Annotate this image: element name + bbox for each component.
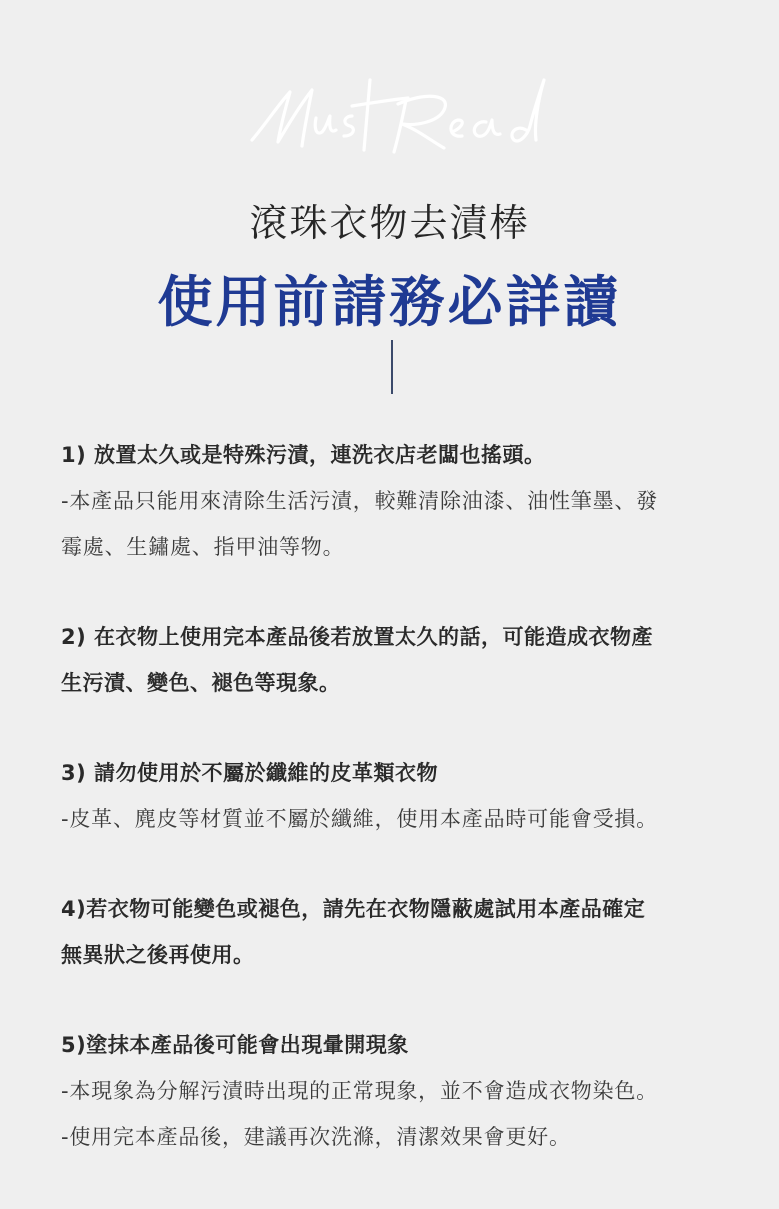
notice-heading: 3) 請勿使用於不屬於纖維的皮革類衣物 bbox=[61, 750, 741, 796]
page-title: 使用前請務必詳讀 bbox=[0, 258, 779, 337]
notice-line: -本產品只能用來清除生活污漬，較難清除油漆、油性筆墨、發 bbox=[61, 478, 741, 524]
notice-line: -使用完本產品後，建議再次洗滌，清潔效果會更好。 bbox=[61, 1114, 741, 1160]
divider-line bbox=[391, 340, 393, 394]
notice-line: -皮革、麂皮等材質並不屬於纖維，使用本產品時可能會受損。 bbox=[61, 796, 741, 842]
notice-heading: 4)若衣物可能變色或褪色，請先在衣物隱蔽處試用本產品確定 bbox=[61, 886, 741, 932]
notice-section-5: 5)塗抹本產品後可能會出現暈開現象 -本現象為分解污漬時出現的正常現象，並不會造… bbox=[61, 1022, 741, 1160]
notice-section-1: 1) 放置太久或是特殊污漬，連洗衣店老闆也搖頭。 -本產品只能用來清除生活污漬，… bbox=[61, 432, 741, 570]
notice-section-4: 4)若衣物可能變色或褪色，請先在衣物隱蔽處試用本產品確定 無異狀之後再使用。 bbox=[61, 886, 741, 978]
must-read-script-title: Must Read bbox=[0, 70, 779, 180]
notice-line: 霉處、生鏽處、指甲油等物。 bbox=[61, 524, 741, 570]
notice-heading-cont: 生污漬、變色、褪色等現象。 bbox=[61, 660, 741, 706]
notice-heading: 1) 放置太久或是特殊污漬，連洗衣店老闆也搖頭。 bbox=[61, 432, 741, 478]
notice-section-3: 3) 請勿使用於不屬於纖維的皮革類衣物 -皮革、麂皮等材質並不屬於纖維，使用本產… bbox=[61, 750, 741, 842]
notice-section-2: 2) 在衣物上使用完本產品後若放置太久的話，可能造成衣物產 生污漬、變色、褪色等… bbox=[61, 614, 741, 706]
notice-heading-cont: 無異狀之後再使用。 bbox=[61, 932, 741, 978]
product-name: 滾珠衣物去漬棒 bbox=[0, 192, 779, 247]
notice-heading: 2) 在衣物上使用完本產品後若放置太久的話，可能造成衣物產 bbox=[61, 614, 741, 660]
notice-heading: 5)塗抹本產品後可能會出現暈開現象 bbox=[61, 1022, 741, 1068]
notice-list: 1) 放置太久或是特殊污漬，連洗衣店老闆也搖頭。 -本產品只能用來清除生活污漬，… bbox=[61, 432, 741, 1160]
must-read-script-art bbox=[230, 70, 550, 180]
notice-line: -本現象為分解污漬時出現的正常現象，並不會造成衣物染色。 bbox=[61, 1068, 741, 1114]
